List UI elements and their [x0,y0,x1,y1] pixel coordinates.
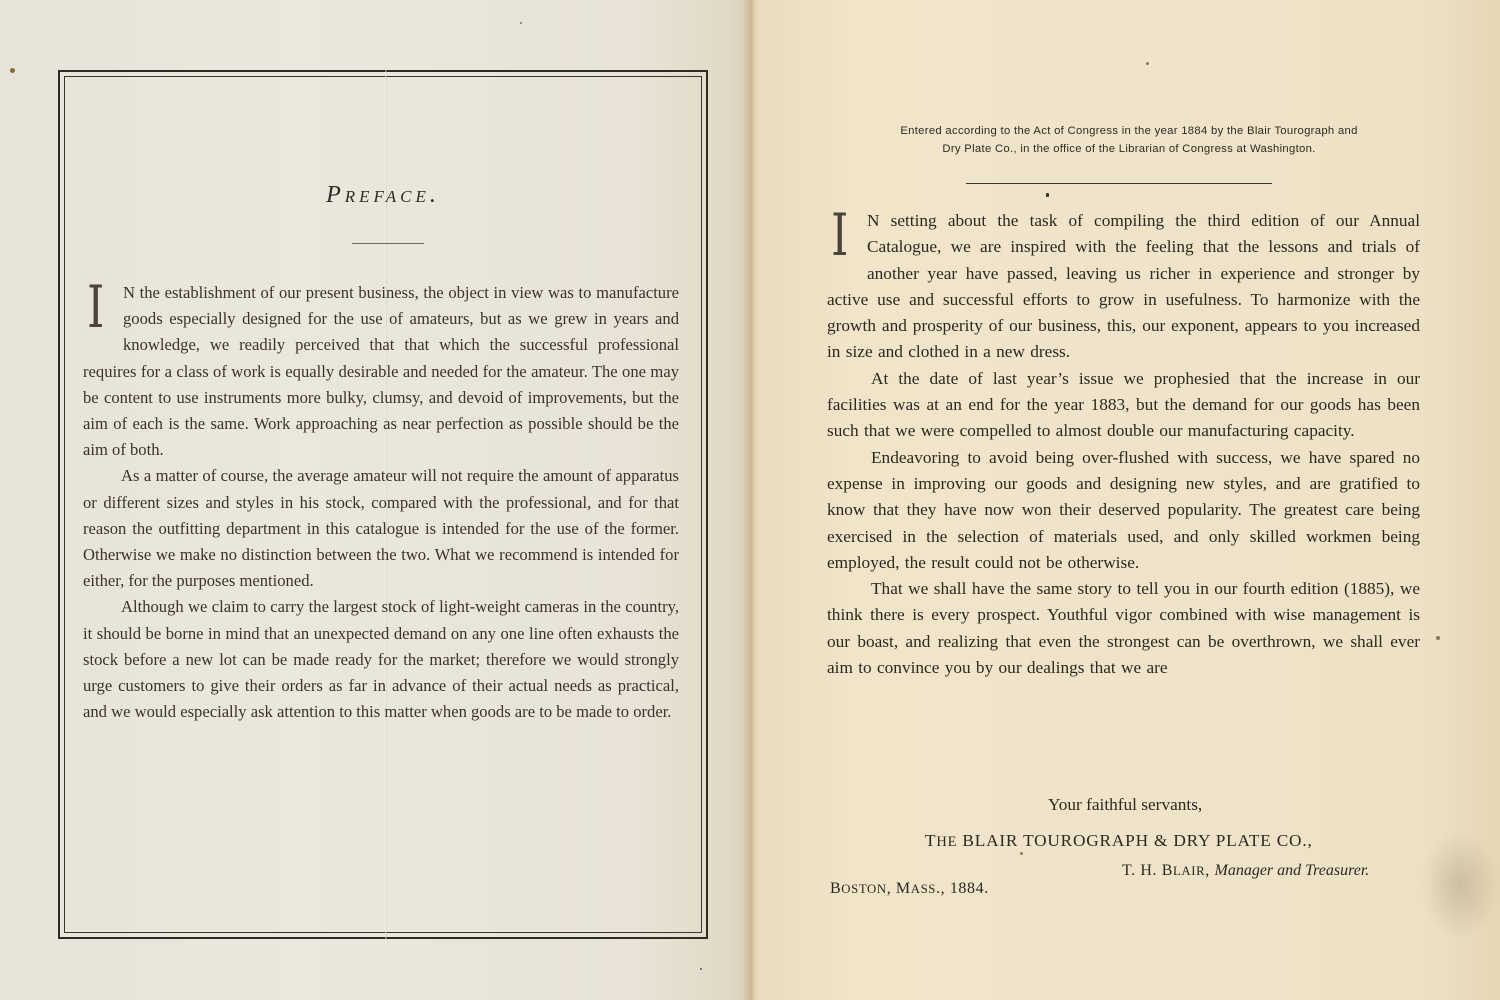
preface-paragraph-1: IN the establishment of our present busi… [83,280,679,463]
intro-paragraph-4: That we shall have the same story to tel… [827,576,1420,681]
intro-paragraph-3: Endeavoring to avoid being over-flushed … [827,445,1420,576]
company-name: BLAIR TOUROGRAPH & DRY PLATE CO., [957,831,1312,850]
drop-cap-initial: I [83,284,109,334]
paper-speck [520,22,522,24]
preface-body: IN the establishment of our present busi… [83,280,679,725]
closing-salutation: Your faithful servants, [1048,795,1202,815]
place-state-smallcaps: ASS [911,882,936,896]
preface-paragraph-3: Although we claim to carry the largest s… [83,594,679,725]
heading-rule-divider [352,243,424,244]
place-year: ., 1884. [936,880,989,897]
paper-speck [1020,852,1023,855]
preface-heading: Preface. [0,182,766,209]
copyright-line-1: Entered according to the Act of Congress… [758,122,1500,140]
catalogue-spread: Preface. IN the establishment of our pre… [0,0,1500,1000]
paper-stain [1420,830,1500,940]
intro-paragraph-1: IN setting about the task of compiling t… [827,208,1420,366]
paper-speck [1436,636,1440,640]
paper-speck [10,68,15,73]
copyright-notice: Entered according to the Act of Congress… [758,122,1500,158]
place-city-smallcaps: OSTON [841,882,886,896]
place-initial: B [830,880,841,897]
preface-paragraph-2: As a matter of course, the average amate… [83,463,679,594]
company-signature: THE BLAIR TOUROGRAPH & DRY PLATE CO., [925,831,1313,851]
signer-line: T. H. BLAIR, Manager and Treasurer. [1122,862,1369,880]
paragraph-text: N setting about the task of compiling th… [827,211,1420,361]
introduction-body: IN setting about the task of compiling t… [827,208,1420,681]
ornament-dot [1046,193,1049,197]
copyright-rule-divider [966,183,1272,184]
company-initial: T [925,831,936,850]
drop-cap-initial: I [827,212,853,262]
company-smallcaps: HE [936,834,957,850]
paper-speck [1146,62,1149,65]
signer-title: Manager and Treasurer. [1214,862,1369,879]
paper-speck [700,968,702,970]
signer-surname-smallcaps: LAIR [1173,864,1205,878]
intro-paragraph-2: At the date of last year’s issue we prop… [827,366,1420,445]
copyright-line-2: Dry Plate Co., in the office of the Libr… [758,140,1500,158]
place-mid: , M [887,880,911,897]
place-and-date: BOSTON, MASS., 1884. [830,880,989,898]
signer-initials: T. H. B [1122,862,1173,879]
paragraph-text: N the establishment of our present busin… [83,283,679,459]
